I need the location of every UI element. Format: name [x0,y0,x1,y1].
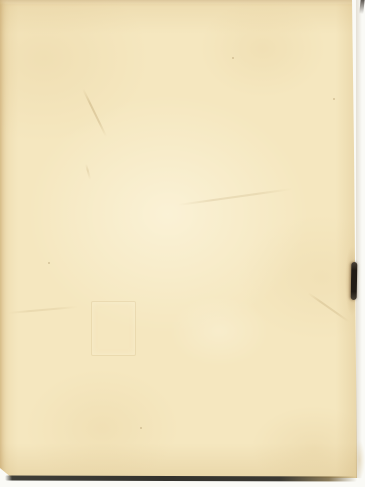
staple-mark [351,262,358,300]
paper-page [0,0,365,487]
paper-speck [140,427,142,429]
page-bottom-edge-shadow [5,476,357,482]
crease-line [82,89,107,138]
scanned-page [0,0,365,487]
paper-speck [232,57,234,59]
paper-edge-shadow [356,0,362,478]
paper-speck [48,262,50,264]
embossed-impression [91,301,136,356]
scratch-line [85,164,91,180]
crease-line [307,292,349,322]
page-corner-shadow [359,0,365,14]
crease-line [178,188,292,206]
paper-speck [333,98,335,100]
crease-line [8,306,78,314]
